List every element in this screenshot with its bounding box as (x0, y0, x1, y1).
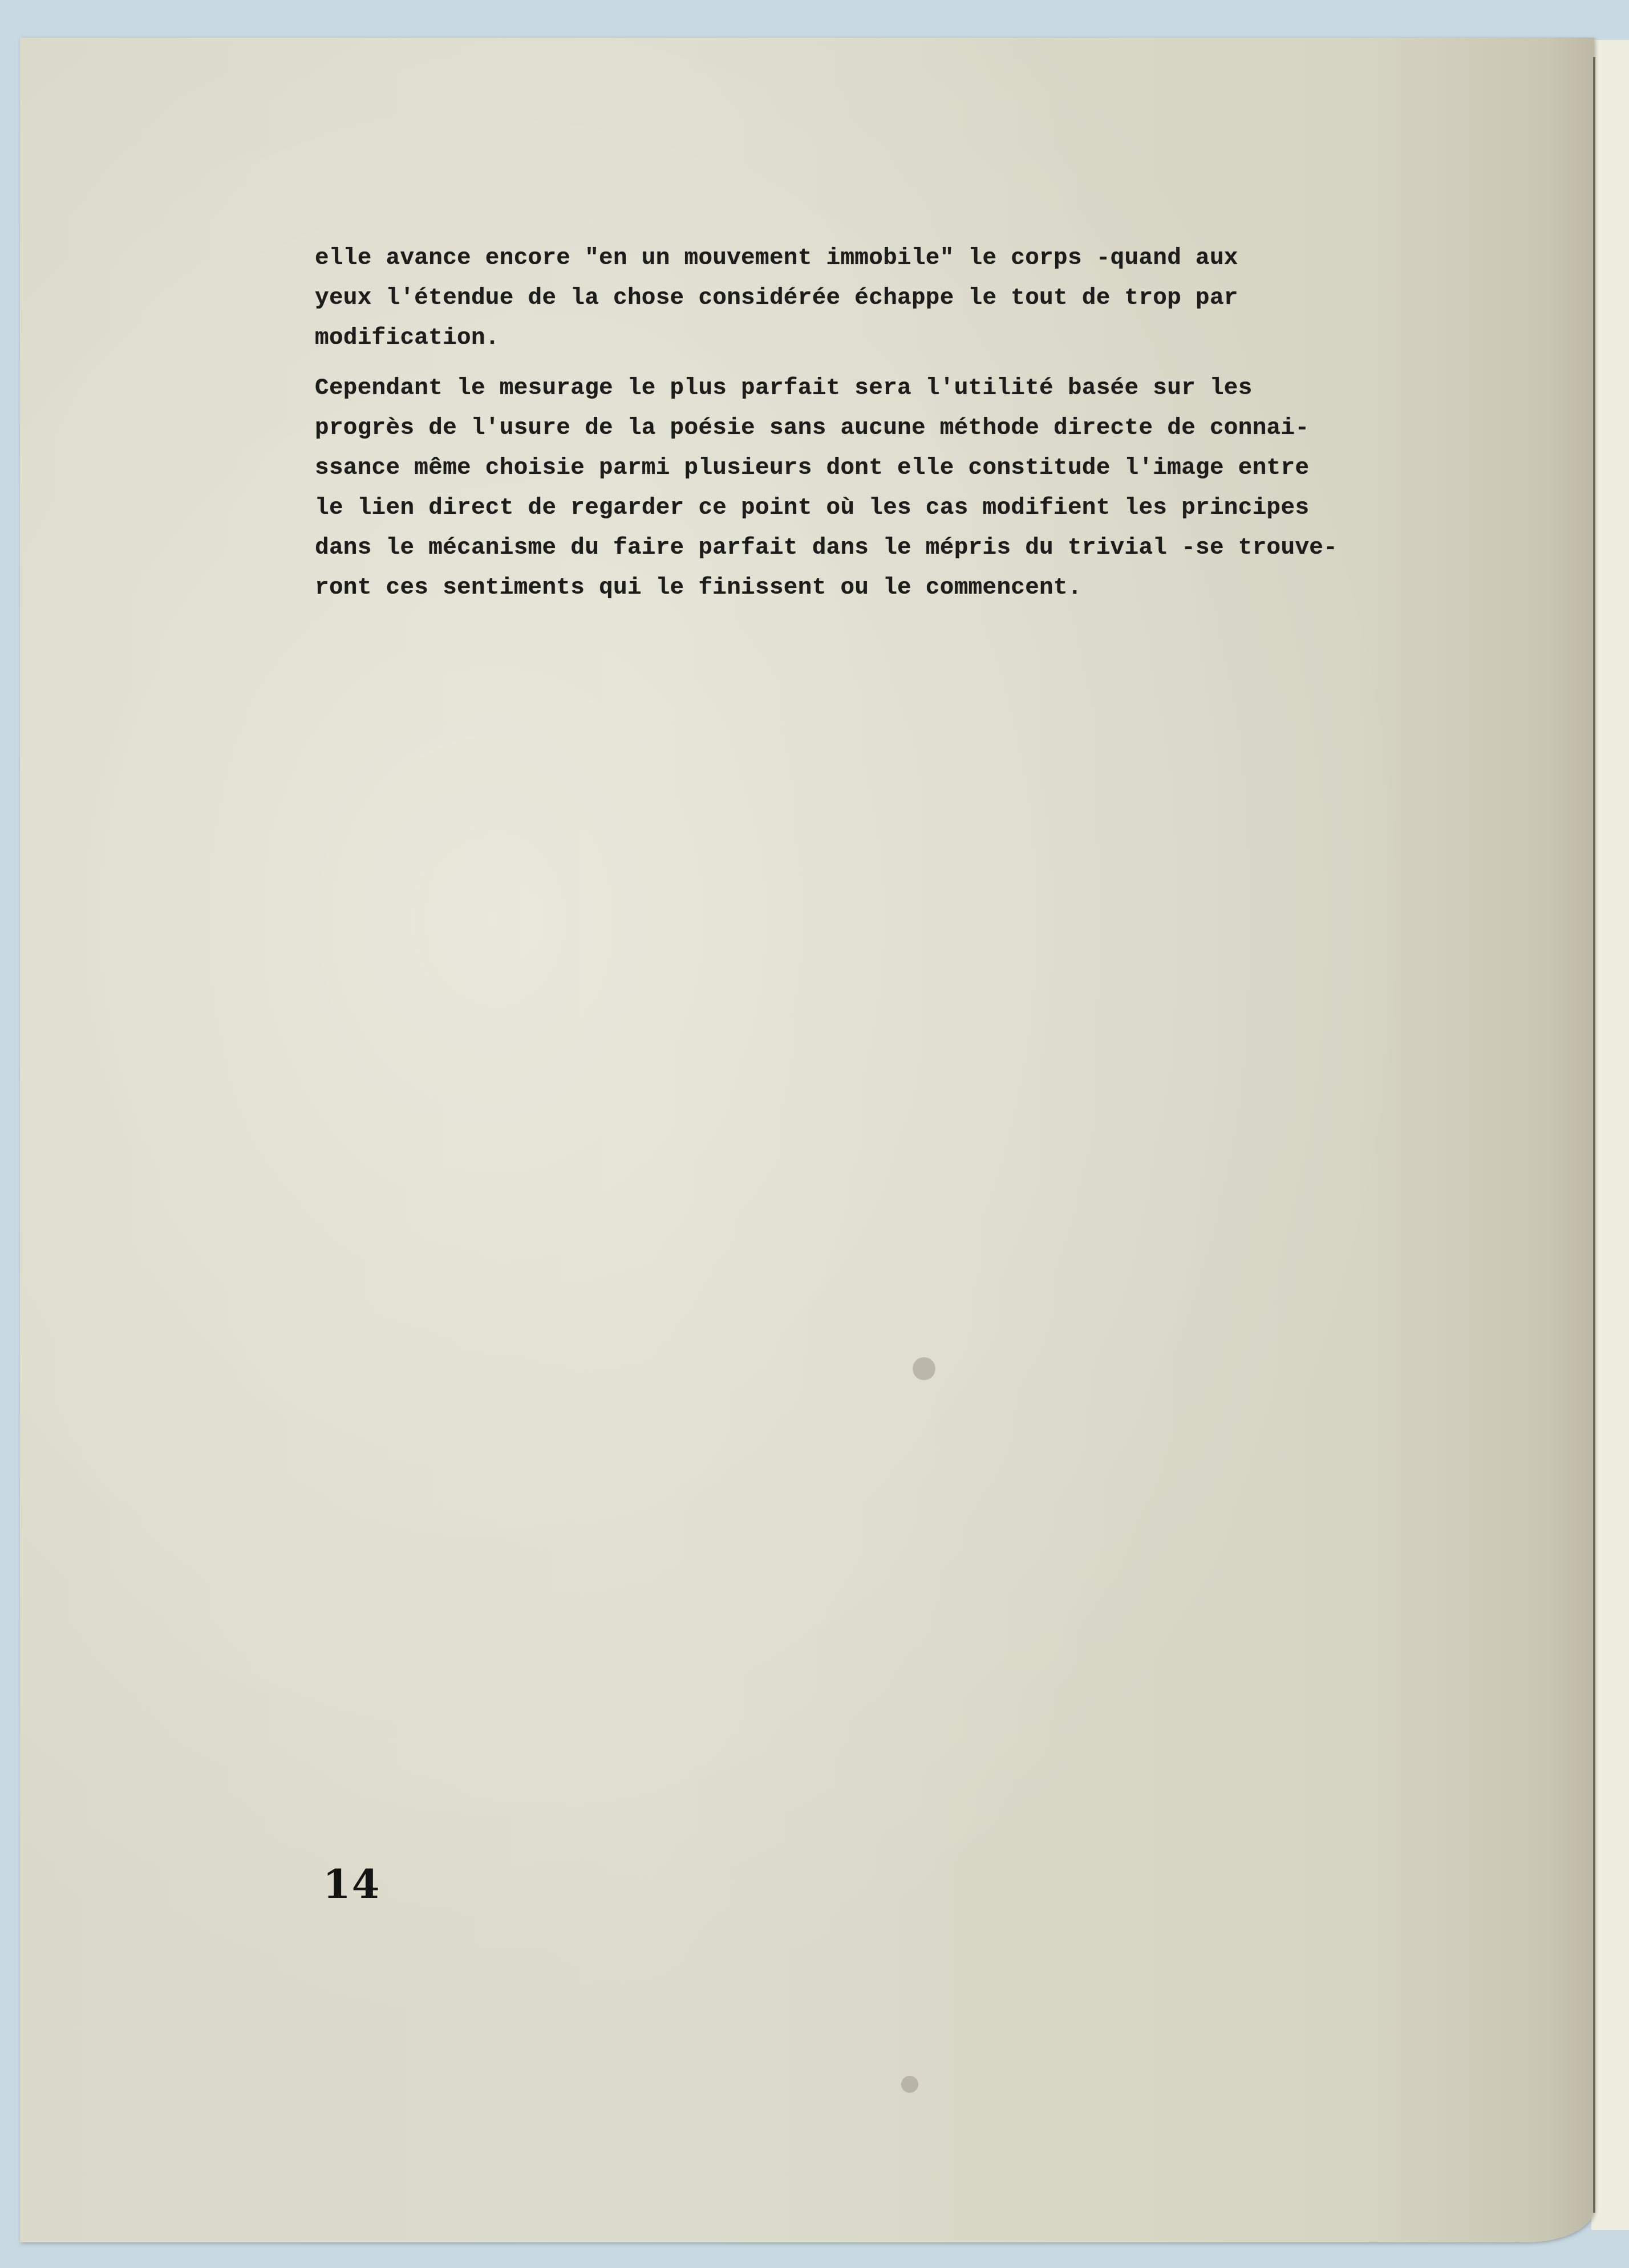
text-line: progrès de l'usure de la poésie sans auc… (315, 408, 1456, 448)
text-line: elle avance encore "en un mouvement immo… (315, 238, 1456, 278)
text-line: dans le mécanisme du faire parfait dans … (315, 528, 1456, 568)
page-number: 14 (323, 1860, 380, 1908)
text-line: ront ces sentiments qui le finissent ou … (315, 568, 1456, 608)
text-line: ssance même choisie parmi plusieurs dont… (315, 448, 1456, 488)
text-line: modification. (315, 318, 1456, 358)
text-line: yeux l'étendue de la chose considérée éc… (315, 278, 1456, 318)
page-edge-shadow (1593, 57, 1595, 2213)
typed-text-body: elle avance encore "en un mouvement immo… (315, 238, 1456, 608)
paper-speck (901, 2076, 918, 2093)
text-line: Cependant le mesurage le plus parfait se… (315, 368, 1456, 408)
next-page-edge (1591, 40, 1629, 2230)
paper-speck (913, 1357, 935, 1380)
text-line: le lien direct de regarder ce point où l… (315, 488, 1456, 528)
